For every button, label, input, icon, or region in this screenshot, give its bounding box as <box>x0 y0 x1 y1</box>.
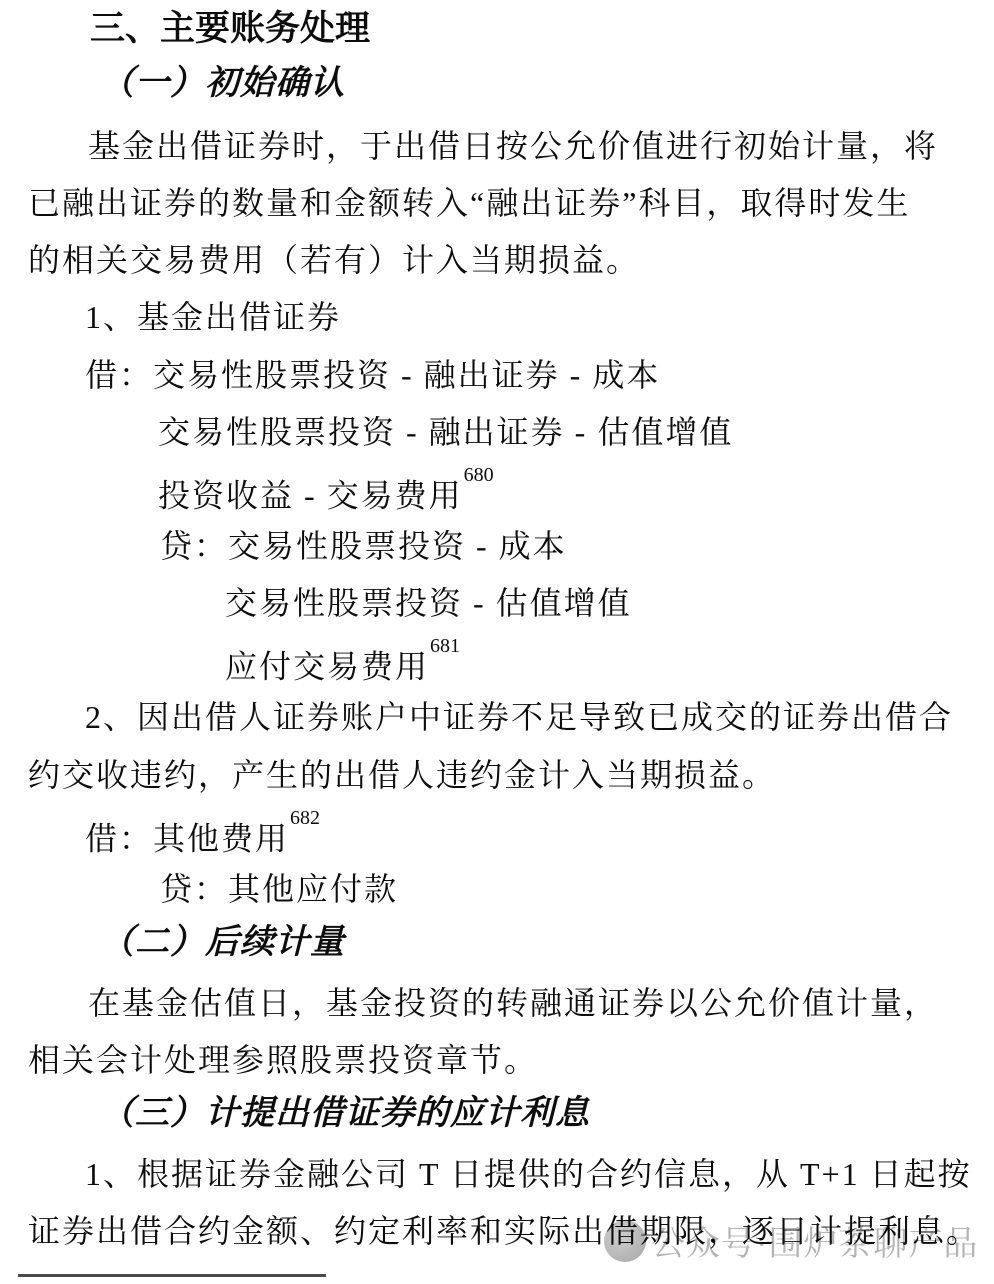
entry-credit-other-payables: 贷：其他应付款 <box>160 868 398 910</box>
paragraph-interest-line-1: 1、根据证券金融公司 T 日提供的合约信息，从 T+1 日起按 <box>85 1153 972 1195</box>
line-text: 应付交易费用 <box>225 649 429 685</box>
section-heading-initial-recognition: （一）初始确认 <box>100 62 345 106</box>
entry-credit-trading-stock-valuation: 交易性股票投资 - 估值增值 <box>225 582 632 624</box>
paragraph-subsequent-line-2: 相关会计处理参照股票投资章节。 <box>28 1039 538 1081</box>
item-2-default-line-1: 2、因出借人证券账户中证券不足导致已成交的证券出借合 <box>85 696 953 738</box>
footnote-ref-680: 680 <box>464 464 494 486</box>
paragraph-initial-line-2: 已融出证券的数量和金额转入“融出证券”科目，取得时发生 <box>28 182 910 224</box>
section-heading-subsequent-measurement: （二）后续计量 <box>100 921 345 965</box>
footnote-separator <box>18 1274 326 1277</box>
item-2-default-line-2: 约交收违约，产生的出借人违约金计入当期损益。 <box>28 754 776 796</box>
footnote-ref-682: 682 <box>290 807 320 829</box>
section-heading-accrued-interest: （三）计提出借证券的应计利息 <box>100 1092 590 1136</box>
footnote-ref-681: 681 <box>430 635 460 657</box>
paragraph-initial-line-1: 基金出借证券时，于出借日按公允价值进行初始计量，将 <box>88 125 938 167</box>
paragraph-initial-line-3: 的相关交易费用（若有）计入当期损益。 <box>28 239 640 281</box>
paragraph-subsequent-line-1: 在基金估值日，基金投资的转融通证券以公允价值计量， <box>88 982 938 1024</box>
entry-debit-trading-stock-cost: 借：交易性股票投资 - 融出证券 - 成本 <box>85 354 660 396</box>
item-1-fund-lends-securities: 1、基金出借证券 <box>85 296 341 338</box>
line-text: 投资收益 - 交易费用 <box>158 478 463 514</box>
entry-debit-investment-income: 投资收益 - 交易费用680 <box>158 468 494 517</box>
entry-credit-trading-stock-cost: 贷：交易性股票投资 - 成本 <box>160 525 567 567</box>
chapter-heading: 三、主要账务处理 <box>90 6 370 52</box>
entry-credit-payable-trading-fees: 应付交易费用681 <box>225 639 460 688</box>
paragraph-interest-line-2: 证券出借合约金额、约定利率和实际出借期限，逐日计提利息。 <box>28 1210 980 1252</box>
entry-debit-trading-stock-valuation: 交易性股票投资 - 融出证券 - 估值增值 <box>158 411 733 453</box>
page-canvas: 三、主要账务处理 （一）初始确认 基金出借证券时，于出借日按公允价值进行初始计量… <box>0 0 994 1284</box>
document-page: { "page": { "colors": { "background": "#… <box>0 0 994 1284</box>
entry-debit-other-expenses: 借：其他费用682 <box>85 811 320 860</box>
line-text: 借：其他费用 <box>85 821 289 857</box>
